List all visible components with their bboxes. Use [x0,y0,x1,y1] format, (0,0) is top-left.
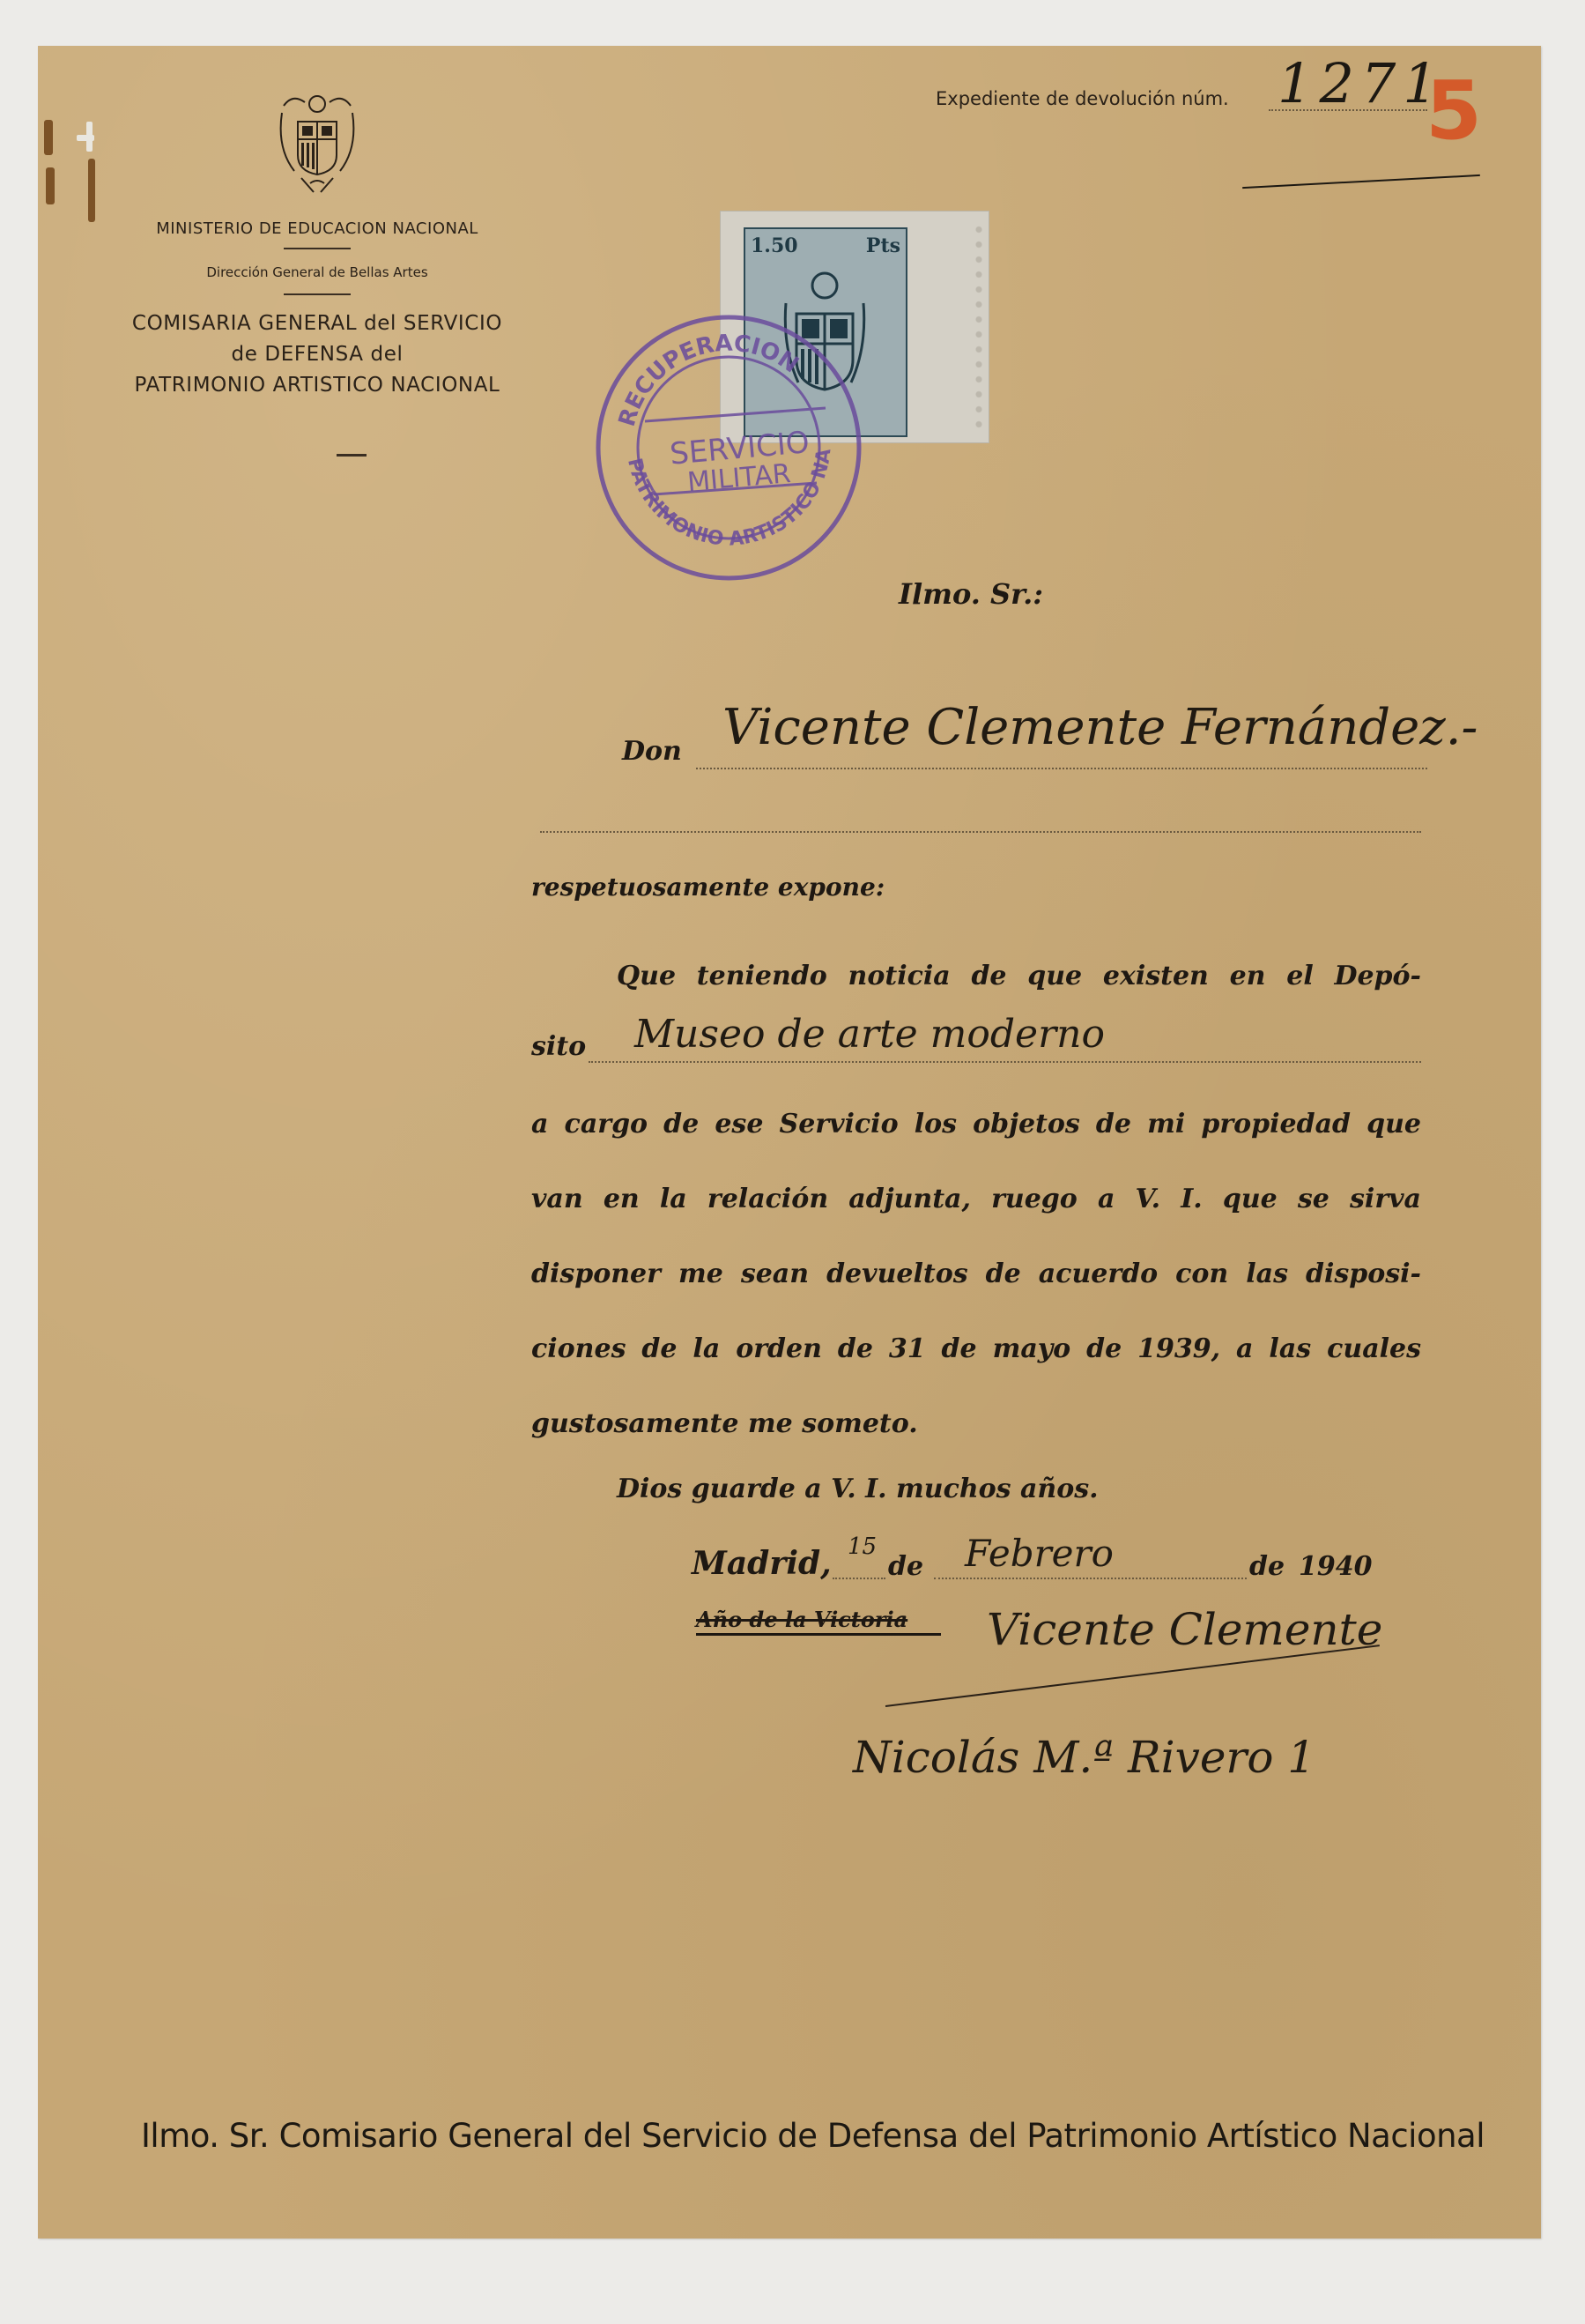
staple-hole [77,135,94,141]
dotted-line [934,1578,1247,1579]
deposito-name: Museo de arte moderno [634,1012,1105,1057]
body-line: ciones de la orden de 31 de mayo de 1939… [531,1333,1421,1364]
expone-heading: respetuosamente expone: [531,872,885,902]
divider [284,293,351,295]
expediente-label: Expediente de devolución núm. [936,88,1229,109]
comisaria-line-1: COMISARIA GENERAL del SERVICIO [88,308,546,339]
divider [337,454,367,457]
body-line: gustosamente me someto. [531,1408,1421,1439]
divider [284,248,351,249]
struck-ano-victoria: Año de la Victoria [696,1607,907,1632]
body-line: van en la relación adjunta, ruego a V. I… [531,1184,1421,1214]
body-line: a cargo de ese Servicio los objetos de m… [531,1109,1421,1140]
addressee-footer: Ilmo. Sr. Comisario General del Servicio… [141,2117,1485,2155]
ministry-name: MINISTERIO DE EDUCACION NACIONAL [88,219,546,238]
expediente-red-mark: 5 [1426,63,1482,158]
body-line: Que teniendo noticia de que existen en e… [617,961,1421,991]
body-line: disponer me sean devueltos de acuerdo co… [531,1259,1421,1289]
date-de: de [888,1551,923,1582]
closing: Dios guarde a V. I. muchos años. [617,1474,1099,1504]
dotted-line [833,1578,885,1579]
date-city: Madrid, [692,1545,832,1582]
address: Nicolás M.ª Rivero 1 [853,1732,1315,1783]
applicant-name: Vicente Clemente Fernández.- [722,699,1478,756]
svg-text:RECUPERACION: RECUPERACION [614,330,804,430]
date-year: 1940 [1299,1551,1373,1582]
comisaria-line-2: de DEFENSA del [88,339,546,370]
date-day: 15 [848,1533,877,1560]
don-label: Don [622,736,682,767]
comisaria-title: COMISARIA GENERAL del SERVICIO de DEFENS… [88,308,546,401]
underline [696,1633,941,1636]
stamp-value: 1.50 [751,234,798,257]
salutation: Ilmo. Sr.: [899,577,1043,611]
direccion-general: Dirección General de Bellas Artes [88,264,546,280]
dotted-line [540,831,1421,833]
comisaria-line-3: PATRIMONIO ARTISTICO NACIONAL [88,370,546,401]
dotted-line [589,1061,1421,1063]
rust-stain [88,159,95,222]
recuperacion-seal-icon: RECUPERACION PATRIMONIO ARTISTICO NAC SE… [592,311,865,584]
perforations [974,222,983,432]
stamp-unit: Pts [866,234,900,257]
coat-of-arms-icon [275,86,359,196]
rust-stain [44,120,53,155]
date-de: de [1249,1551,1285,1582]
signature: Vicente Clemente [987,1604,1382,1655]
expediente-number: 1271 [1278,51,1445,115]
dotted-line [696,768,1427,769]
date-month: Febrero [965,1532,1114,1575]
sito-label: sito [531,1031,586,1062]
rust-stain [46,167,55,204]
